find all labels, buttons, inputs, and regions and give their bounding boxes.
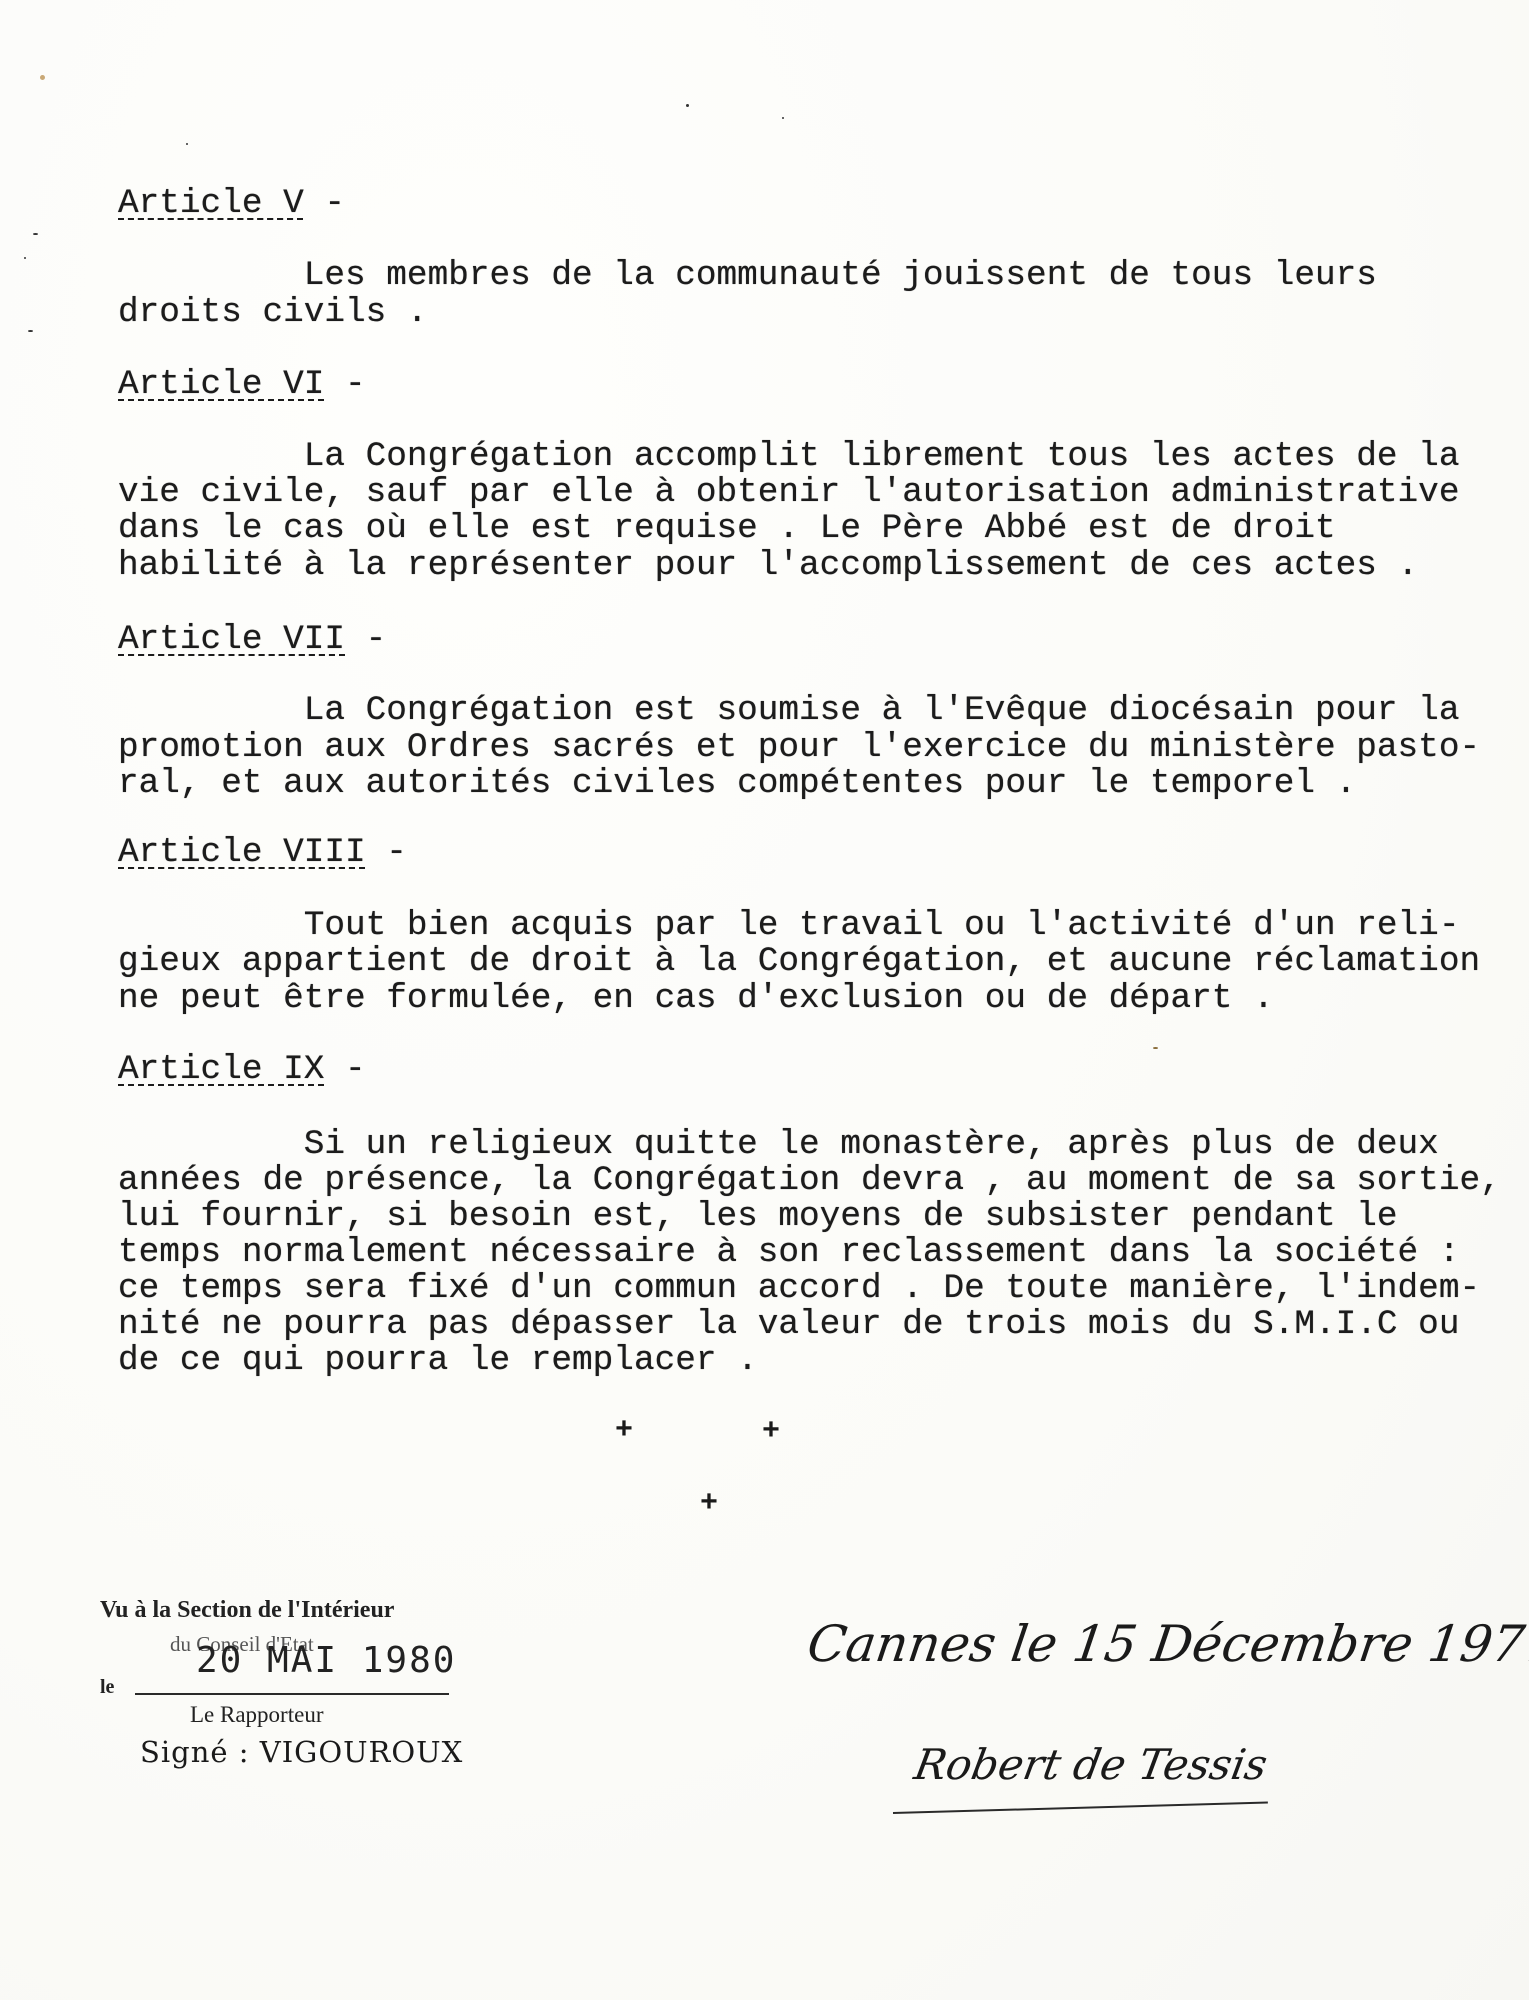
stamp-role: Le Rapporteur [190, 1702, 323, 1728]
heading-dash: - [345, 620, 386, 659]
article-viii-line-2: gieux appartient de droit à la Congrégat… [118, 944, 1480, 980]
article-ix-heading: Article IX [118, 1050, 324, 1089]
heading-dash: - [304, 184, 345, 223]
article-heading: Article IX - [118, 1052, 366, 1088]
ornament-plus-icon: + [700, 1487, 718, 1521]
stamp-date: 20 MAI 1980 [196, 1640, 456, 1681]
stamp-line-1: Vu à la Section de l'Intérieur [100, 1597, 394, 1624]
article-vi-heading: Article VI [118, 365, 324, 404]
article-ix-line-3: lui fournir, si besoin est, les moyens d… [118, 1199, 1398, 1235]
article-vii-heading: Article VII [118, 620, 345, 659]
stamp-date-rule [135, 1693, 449, 1695]
article-viii-heading: Article VIII [118, 833, 366, 872]
heading-dash: - [366, 833, 407, 872]
paper-speck [1153, 1047, 1158, 1049]
paper-speck [186, 143, 188, 145]
paper-speck [24, 257, 26, 259]
article-vii-line-1: La Congrégation est soumise à l'Evêque d… [118, 693, 1459, 729]
article-heading: Article VII - [118, 622, 386, 658]
ornament-plus-icon: + [762, 1415, 780, 1449]
article-vi-line-3: dans le cas où elle est requise . Le Pèr… [118, 511, 1336, 547]
article-vi-line-1: La Congrégation accomplit librement tous… [118, 439, 1459, 475]
article-ix-line-2: années de présence, la Congrégation devr… [118, 1163, 1501, 1199]
handwritten-place-date: Cannes le 15 Décembre 1977 [804, 1615, 1529, 1673]
ornament-plus-icon: + [615, 1414, 633, 1448]
paper-speck [782, 117, 784, 119]
article-ix-line-1: Si un religieux quitte le monastère, apr… [118, 1127, 1439, 1163]
signature-underline [893, 1802, 1268, 1814]
article-vi-line-4: habilité à la représenter pour l'accompl… [118, 548, 1418, 584]
heading-dash: - [324, 1050, 365, 1089]
paper-speck [33, 233, 38, 235]
article-viii-line-1: Tout bien acquis par le travail ou l'act… [118, 908, 1459, 944]
article-v-line-1: Les membres de la communauté jouissent d… [118, 258, 1377, 294]
article-vii-line-3: ral, et aux autorités civiles compétente… [118, 766, 1356, 802]
stamp-le: le [100, 1676, 114, 1699]
paper-speck [40, 75, 45, 80]
article-ix-line-7: de ce qui pourra le remplacer . [118, 1343, 758, 1379]
paper-speck [686, 104, 689, 107]
article-vi-line-2: vie civile, sauf par elle à obtenir l'au… [118, 475, 1459, 511]
article-heading: Article V - [118, 186, 345, 222]
article-heading: Article VIII - [118, 835, 407, 871]
article-v-line-2: droits civils . [118, 295, 428, 331]
heading-dash: - [324, 365, 365, 404]
article-ix-line-4: temps normalement nécessaire à son recla… [118, 1235, 1459, 1271]
article-ix-line-5: ce temps sera fixé d'un commun accord . … [118, 1271, 1480, 1307]
article-vii-line-2: promotion aux Ordres sacrés et pour l'ex… [118, 730, 1480, 766]
stamp-signed: Signé : VIGOUROUX [140, 1735, 463, 1769]
article-viii-line-3: ne peut être formulée, en cas d'exclusio… [118, 981, 1274, 1017]
paper-speck [28, 330, 33, 332]
handwritten-signature: Robert de Tessis [911, 1740, 1271, 1789]
article-ix-line-6: nité ne pourra pas dépasser la valeur de… [118, 1307, 1459, 1343]
article-heading: Article VI - [118, 367, 366, 403]
document-page: Article V - Les membres de la communauté… [0, 0, 1529, 2000]
article-v-heading: Article V [118, 184, 304, 223]
